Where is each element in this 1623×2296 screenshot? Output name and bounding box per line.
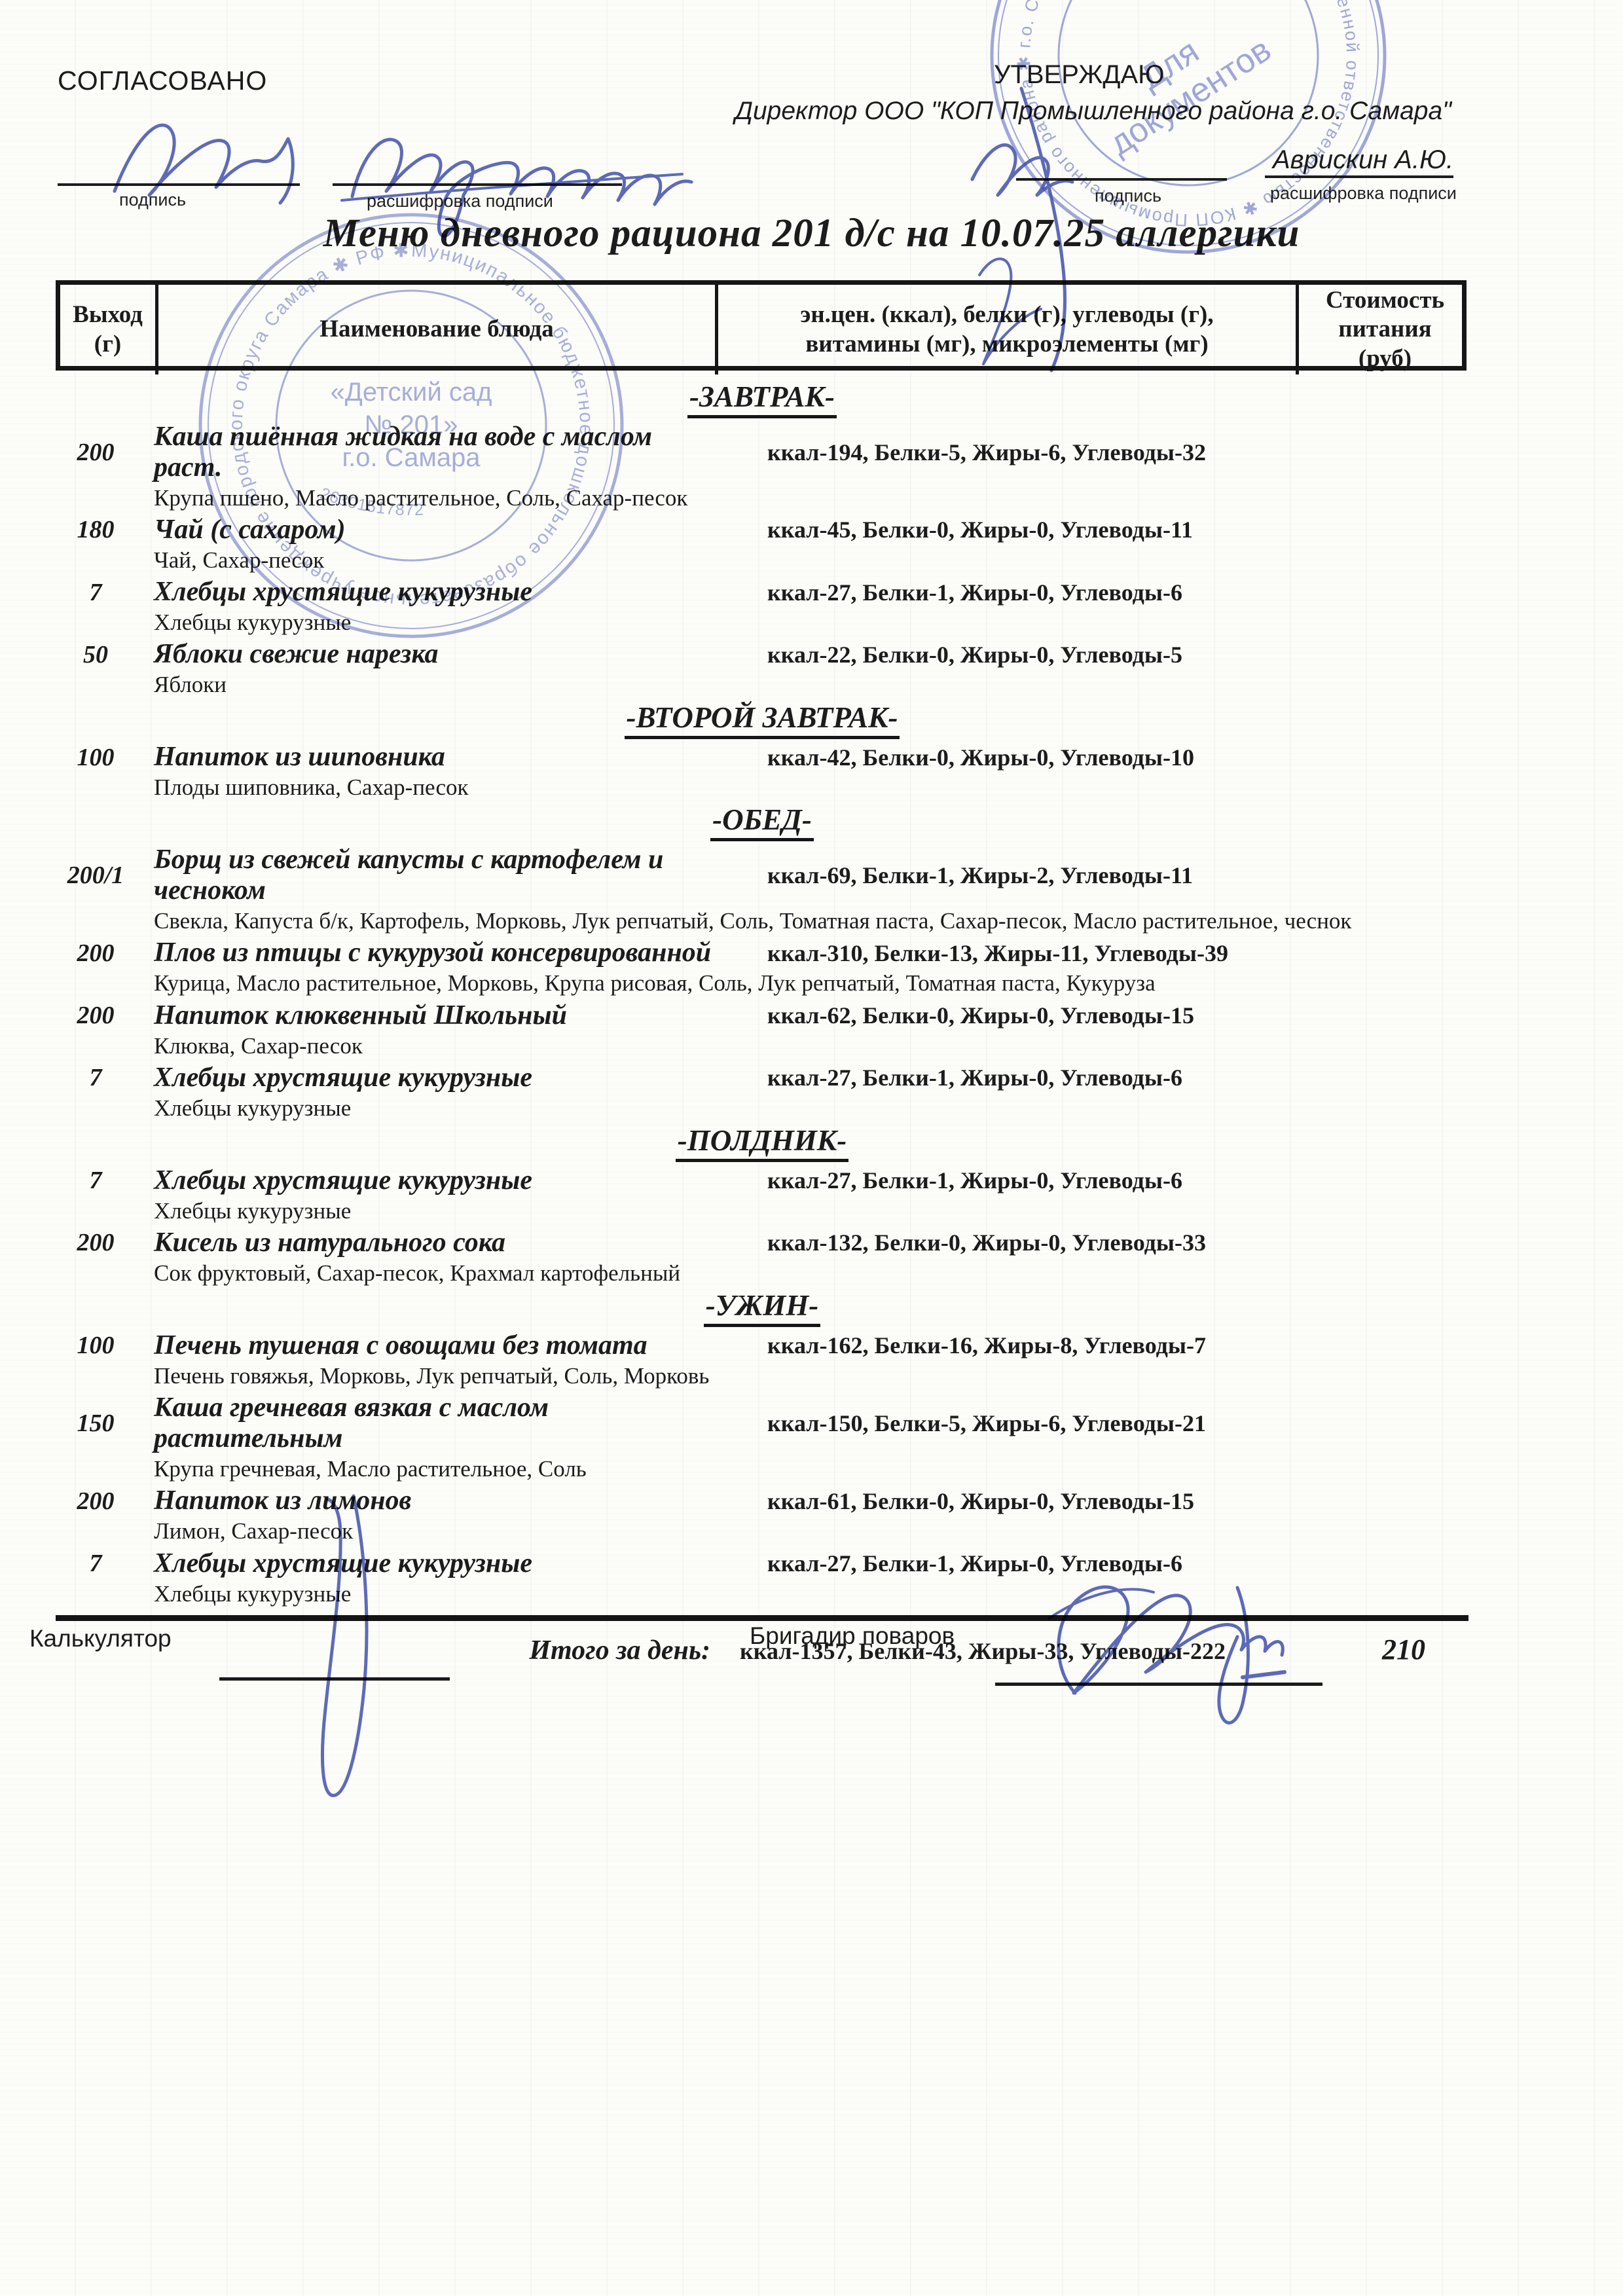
dish-ingredients: Крупа пшено, Масло растительное, Соль, С… [154, 485, 1468, 511]
section-header-second-breakfast: -ВТОРОЙ ЗАВТРАК- [56, 702, 1468, 735]
section-header-dinner: -УЖИН- [56, 1290, 1468, 1322]
signature-decode-line [1265, 175, 1453, 178]
section-header-breakfast: -ЗАВТРАК- [56, 381, 1468, 414]
dish-nutrition: ккал-150, Белки-5, Жиры-6, Углеводы-21 [740, 1410, 1468, 1437]
menu-item-row: 50 Яблоки свежие нарезка ккал-22, Белки-… [56, 639, 1468, 698]
dish-ingredients: Плоды шиповника, Сахар-песок [154, 774, 1468, 801]
menu-item-row: 7 Хлебцы хрустящие кукурузные ккал-27, Б… [56, 1548, 1468, 1607]
menu-item-row: 7 Хлебцы хрустящие кукурузные ккал-27, Б… [56, 1165, 1468, 1224]
dish-nutrition: ккал-69, Белки-1, Жиры-2, Углеводы-11 [740, 862, 1468, 889]
scanned-menu-document: СОГЛАСОВАНО УТВЕРЖДАЮ Директор ООО "КОП … [0, 0, 1623, 2296]
dish-name: Плов из птицы с кукурузой консервированн… [154, 938, 740, 968]
dish-ingredients: Хлебцы кукурузные [154, 1581, 1468, 1607]
document-title: Меню дневного рациона 201 д/с на 10.07.2… [0, 211, 1623, 257]
signature-decode-caption: расшифровка подписи [367, 191, 553, 211]
dish-nutrition: ккал-27, Белки-1, Жиры-0, Углеводы-6 [740, 1064, 1468, 1091]
chef-brigadier-label: Бригадир поваров [750, 1622, 955, 1650]
portion-size: 50 [56, 640, 154, 669]
column-header-output: Выход (г) [60, 285, 158, 374]
menu-item-row: 200 Плов из птицы с кукурузой консервиро… [56, 938, 1468, 996]
dish-ingredients: Свекла, Капуста б/к, Картофель, Морковь,… [154, 908, 1468, 934]
dish-nutrition: ккал-45, Белки-0, Жиры-0, Углеводы-11 [740, 516, 1468, 543]
director-title-line: Директор ООО "КОП Промышленного района г… [735, 97, 1452, 126]
dish-nutrition: ккал-22, Белки-0, Жиры-0, Углеводы-5 [740, 641, 1468, 668]
menu-item-row: 200 Напиток из лимонов ккал-61, Белки-0,… [56, 1485, 1468, 1544]
dish-nutrition: ккал-27, Белки-1, Жиры-0, Углеводы-6 [740, 579, 1468, 606]
dish-name: Напиток из лимонов [154, 1485, 740, 1516]
section-header-lunch: -ОБЕД- [56, 804, 1468, 837]
menu-body: -ЗАВТРАК- 200 Каша пшённая жидкая на вод… [56, 380, 1468, 1666]
portion-size: 200 [56, 438, 154, 467]
dish-ingredients: Хлебцы кукурузные [154, 610, 1468, 636]
dish-ingredients: Хлебцы кукурузные [154, 1095, 1468, 1121]
dish-ingredients: Курица, Масло растительное, Морковь, Кру… [154, 970, 1468, 996]
dish-name: Каша гречневая вязкая с маслом раститель… [154, 1393, 740, 1454]
menu-table-header: Выход (г) Наименование блюда эн.цен. (кк… [56, 280, 1467, 371]
menu-item-row: 180 Чай (с сахаром) ккал-45, Белки-0, Жи… [56, 515, 1468, 574]
dish-name: Чай (с сахаром) [154, 515, 740, 545]
dish-nutrition: ккал-194, Белки-5, Жиры-6, Углеводы-32 [740, 439, 1468, 466]
dish-name: Хлебцы хрустящие кукурузные [154, 1548, 740, 1579]
portion-size: 200/1 [56, 861, 154, 890]
portion-size: 100 [56, 1331, 154, 1360]
menu-item-row: 7 Хлебцы хрустящие кукурузные ккал-27, Б… [56, 577, 1468, 636]
dish-name: Напиток из шиповника [154, 742, 740, 773]
dish-nutrition: ккал-132, Белки-0, Жиры-0, Углеводы-33 [740, 1229, 1468, 1256]
brigadier-signature-line [995, 1683, 1322, 1686]
dish-name: Печень тушеная с овощами без томата [154, 1330, 740, 1361]
dish-nutrition: ккал-61, Белки-0, Жиры-0, Углеводы-15 [740, 1487, 1468, 1515]
portion-size: 7 [56, 1549, 154, 1578]
dish-name: Напиток клюквенный Школьный [154, 1000, 740, 1031]
dish-ingredients: Крупа гречневая, Масло растительное, Сол… [154, 1456, 1468, 1482]
dish-ingredients: Яблоки [154, 672, 1468, 698]
dish-ingredients: Лимон, Сахар-песок [154, 1518, 1468, 1544]
dish-name: Борщ из свежей капусты с картофелем и че… [154, 845, 740, 906]
portion-size: 7 [56, 578, 154, 607]
dish-name: Хлебцы хрустящие кукурузные [154, 1063, 740, 1093]
menu-item-row: 100 Напиток из шиповника ккал-42, Белки-… [56, 742, 1468, 801]
dish-nutrition: ккал-310, Белки-13, Жиры-11, Углеводы-39 [740, 939, 1468, 967]
signature-line [58, 183, 300, 186]
portion-size: 150 [56, 1409, 154, 1438]
dish-name: Яблоки свежие нарезка [154, 639, 740, 670]
dish-ingredients: Клюква, Сахар-песок [154, 1033, 1468, 1059]
menu-item-row: 7 Хлебцы хрустящие кукурузные ккал-27, Б… [56, 1063, 1468, 1121]
dish-name: Хлебцы хрустящие кукурузные [154, 1165, 740, 1196]
calculator-signature-line [219, 1677, 450, 1681]
menu-item-row: 200 Напиток клюквенный Школьный ккал-62,… [56, 1000, 1468, 1059]
calculator-label: Калькулятор [29, 1625, 172, 1652]
column-header-dish: Наименование блюда [158, 285, 718, 374]
portion-size: 200 [56, 939, 154, 968]
section-header-snack: -ПОЛДНИК- [56, 1125, 1468, 1157]
menu-item-row: 150 Каша гречневая вязкая с маслом расти… [56, 1393, 1468, 1482]
dish-nutrition: ккал-27, Белки-1, Жиры-0, Углеводы-6 [740, 1167, 1468, 1194]
portion-size: 7 [56, 1063, 154, 1092]
menu-item-row: 200 Каша пшённая жидкая на воде с маслом… [56, 422, 1468, 511]
portion-size: 200 [56, 1228, 154, 1257]
dish-ingredients: Хлебцы кукурузные [154, 1198, 1468, 1224]
total-divider-line [56, 1615, 1468, 1621]
column-header-cost: Стоимость питания (руб) [1299, 285, 1471, 374]
menu-item-row: 200 Кисель из натурального сока ккал-132… [56, 1228, 1468, 1286]
signature-caption: подпись [119, 190, 186, 210]
director-name: Аврискин А.Ю. [1273, 145, 1453, 175]
dish-ingredients: Печень говяжья, Морковь, Лук репчатый, С… [154, 1363, 1468, 1389]
column-header-nutrition: эн.цен. (ккал), белки (г), углеводы (г),… [718, 285, 1299, 374]
approved-label: УТВЕРЖДАЮ [994, 60, 1165, 90]
daily-total-cost: 210 [1339, 1633, 1468, 1666]
dish-name: Хлебцы хрустящие кукурузные [154, 577, 740, 608]
signature-decode-line [333, 183, 622, 186]
dish-ingredients: Сок фруктовый, Сахар-песок, Крахмал карт… [154, 1260, 1468, 1286]
menu-item-row: 100 Печень тушеная с овощами без томата … [56, 1330, 1468, 1389]
portion-size: 180 [56, 515, 154, 544]
dish-nutrition: ккал-27, Белки-1, Жиры-0, Углеводы-6 [740, 1550, 1468, 1577]
portion-size: 100 [56, 743, 154, 772]
signature-caption: подпись [1095, 186, 1161, 206]
menu-item-row: 200/1 Борщ из свежей капусты с картофеле… [56, 845, 1468, 934]
dish-nutrition: ккал-42, Белки-0, Жиры-0, Углеводы-10 [740, 744, 1468, 771]
portion-size: 7 [56, 1166, 154, 1195]
dish-nutrition: ккал-162, Белки-16, Жиры-8, Углеводы-7 [740, 1332, 1468, 1359]
dish-name: Каша пшённая жидкая на воде с маслом рас… [154, 422, 740, 483]
signature-decode-caption: расшифровка подписи [1270, 183, 1457, 204]
brigadier-signature-dash [1243, 1672, 1285, 1677]
signature-line [1016, 178, 1227, 181]
dish-ingredients: Чай, Сахар-песок [154, 547, 1468, 574]
portion-size: 200 [56, 1001, 154, 1030]
portion-size: 200 [56, 1487, 154, 1516]
approver-signature [972, 145, 1072, 195]
dish-name: Кисель из натурального сока [154, 1228, 740, 1258]
dish-nutrition: ккал-62, Белки-0, Жиры-0, Углеводы-15 [740, 1002, 1468, 1029]
agreed-label: СОГЛАСОВАНО [58, 65, 267, 96]
